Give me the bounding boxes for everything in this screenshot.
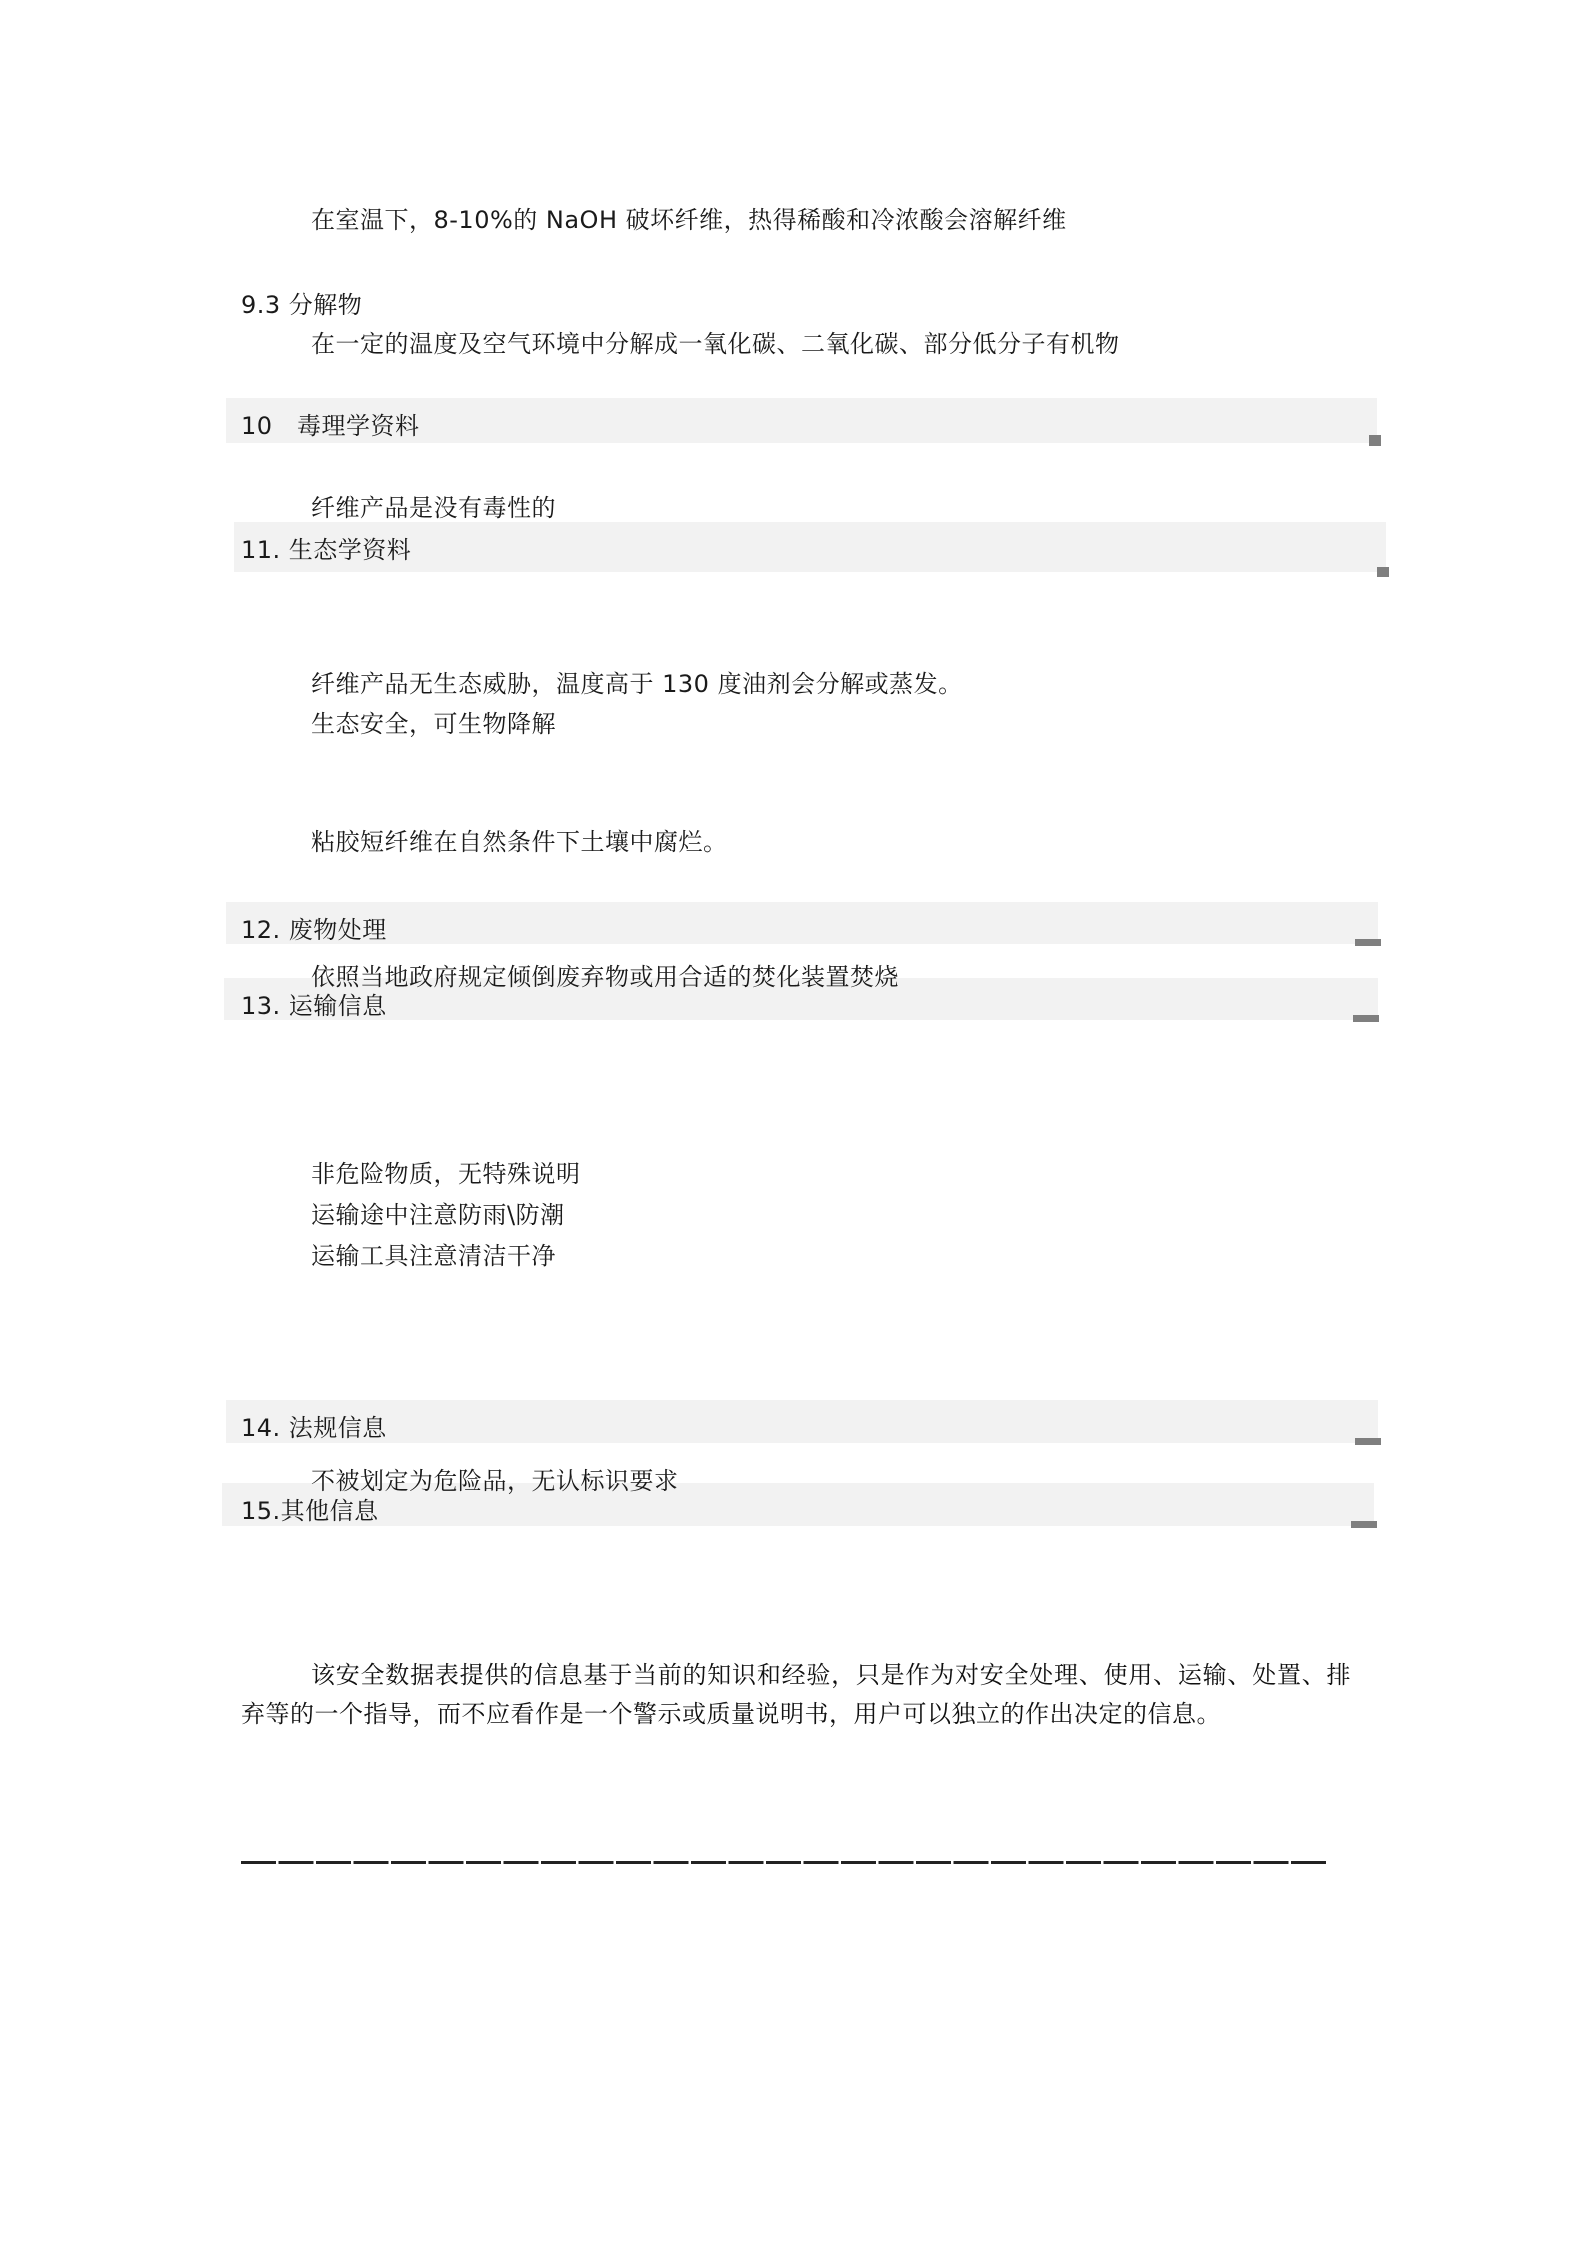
disclaimer-paragraph: 该安全数据表提供的信息基于当前的知识和经验，只是作为对安全处理、使用、运输、处置… (241, 1656, 1351, 1734)
body-line-transport-1: 非危险物质，无特殊说明 (311, 1160, 581, 1188)
footer-dash-rule (241, 1861, 1327, 1864)
heading-15-other-info: 15.其他信息 (241, 1497, 379, 1525)
body-line-decomposition: 在一定的温度及空气环境中分解成一氧化碳、二氧化碳、部分低分子有机物 (311, 330, 1120, 358)
body-line-non-toxic: 纤维产品是没有毒性的 (311, 494, 556, 522)
body-line-disposal: 依照当地政府规定倾倒废弃物或用合适的焚化装置焚烧 (311, 963, 899, 991)
heading-band-12 (226, 902, 1378, 944)
body-line-ecology-1: 纤维产品无生态威胁，温度高于 130 度油剂会分解或蒸发。 (311, 670, 963, 698)
heading-10-toxicology: 10 毒理学资料 (241, 412, 420, 440)
body-line-ecology-3: 粘胶短纤维在自然条件下土壤中腐烂。 (311, 828, 728, 856)
band-marker-13 (1353, 1015, 1379, 1022)
body-line-regulatory: 不被划定为危险品，无认标识要求 (311, 1467, 679, 1495)
band-marker-11 (1377, 567, 1389, 577)
band-marker-10 (1369, 435, 1381, 446)
body-line-transport-2: 运输途中注意防雨\防潮 (311, 1201, 565, 1229)
document-page: 在室温下，8-10%的 NaOH 破坏纤维，热得稀酸和冷浓酸会溶解纤维 9.3 … (0, 0, 1587, 2245)
heading-14-regulatory: 14. 法规信息 (241, 1414, 387, 1442)
body-line-naoh: 在室温下，8-10%的 NaOH 破坏纤维，热得稀酸和冷浓酸会溶解纤维 (311, 206, 1067, 234)
body-line-transport-3: 运输工具注意清洁干净 (311, 1242, 556, 1270)
heading-13-transport: 13. 运输信息 (241, 992, 387, 1020)
band-marker-14 (1355, 1438, 1381, 1445)
heading-11-ecology: 11. 生态学资料 (241, 536, 411, 564)
band-marker-15 (1351, 1521, 1377, 1528)
band-marker-12 (1355, 939, 1381, 946)
heading-9-3-decomposition: 9.3 分解物 (241, 291, 362, 319)
body-line-ecology-2: 生态安全，可生物降解 (311, 710, 556, 738)
heading-12-disposal: 12. 废物处理 (241, 916, 387, 944)
heading-band-14 (226, 1400, 1378, 1443)
